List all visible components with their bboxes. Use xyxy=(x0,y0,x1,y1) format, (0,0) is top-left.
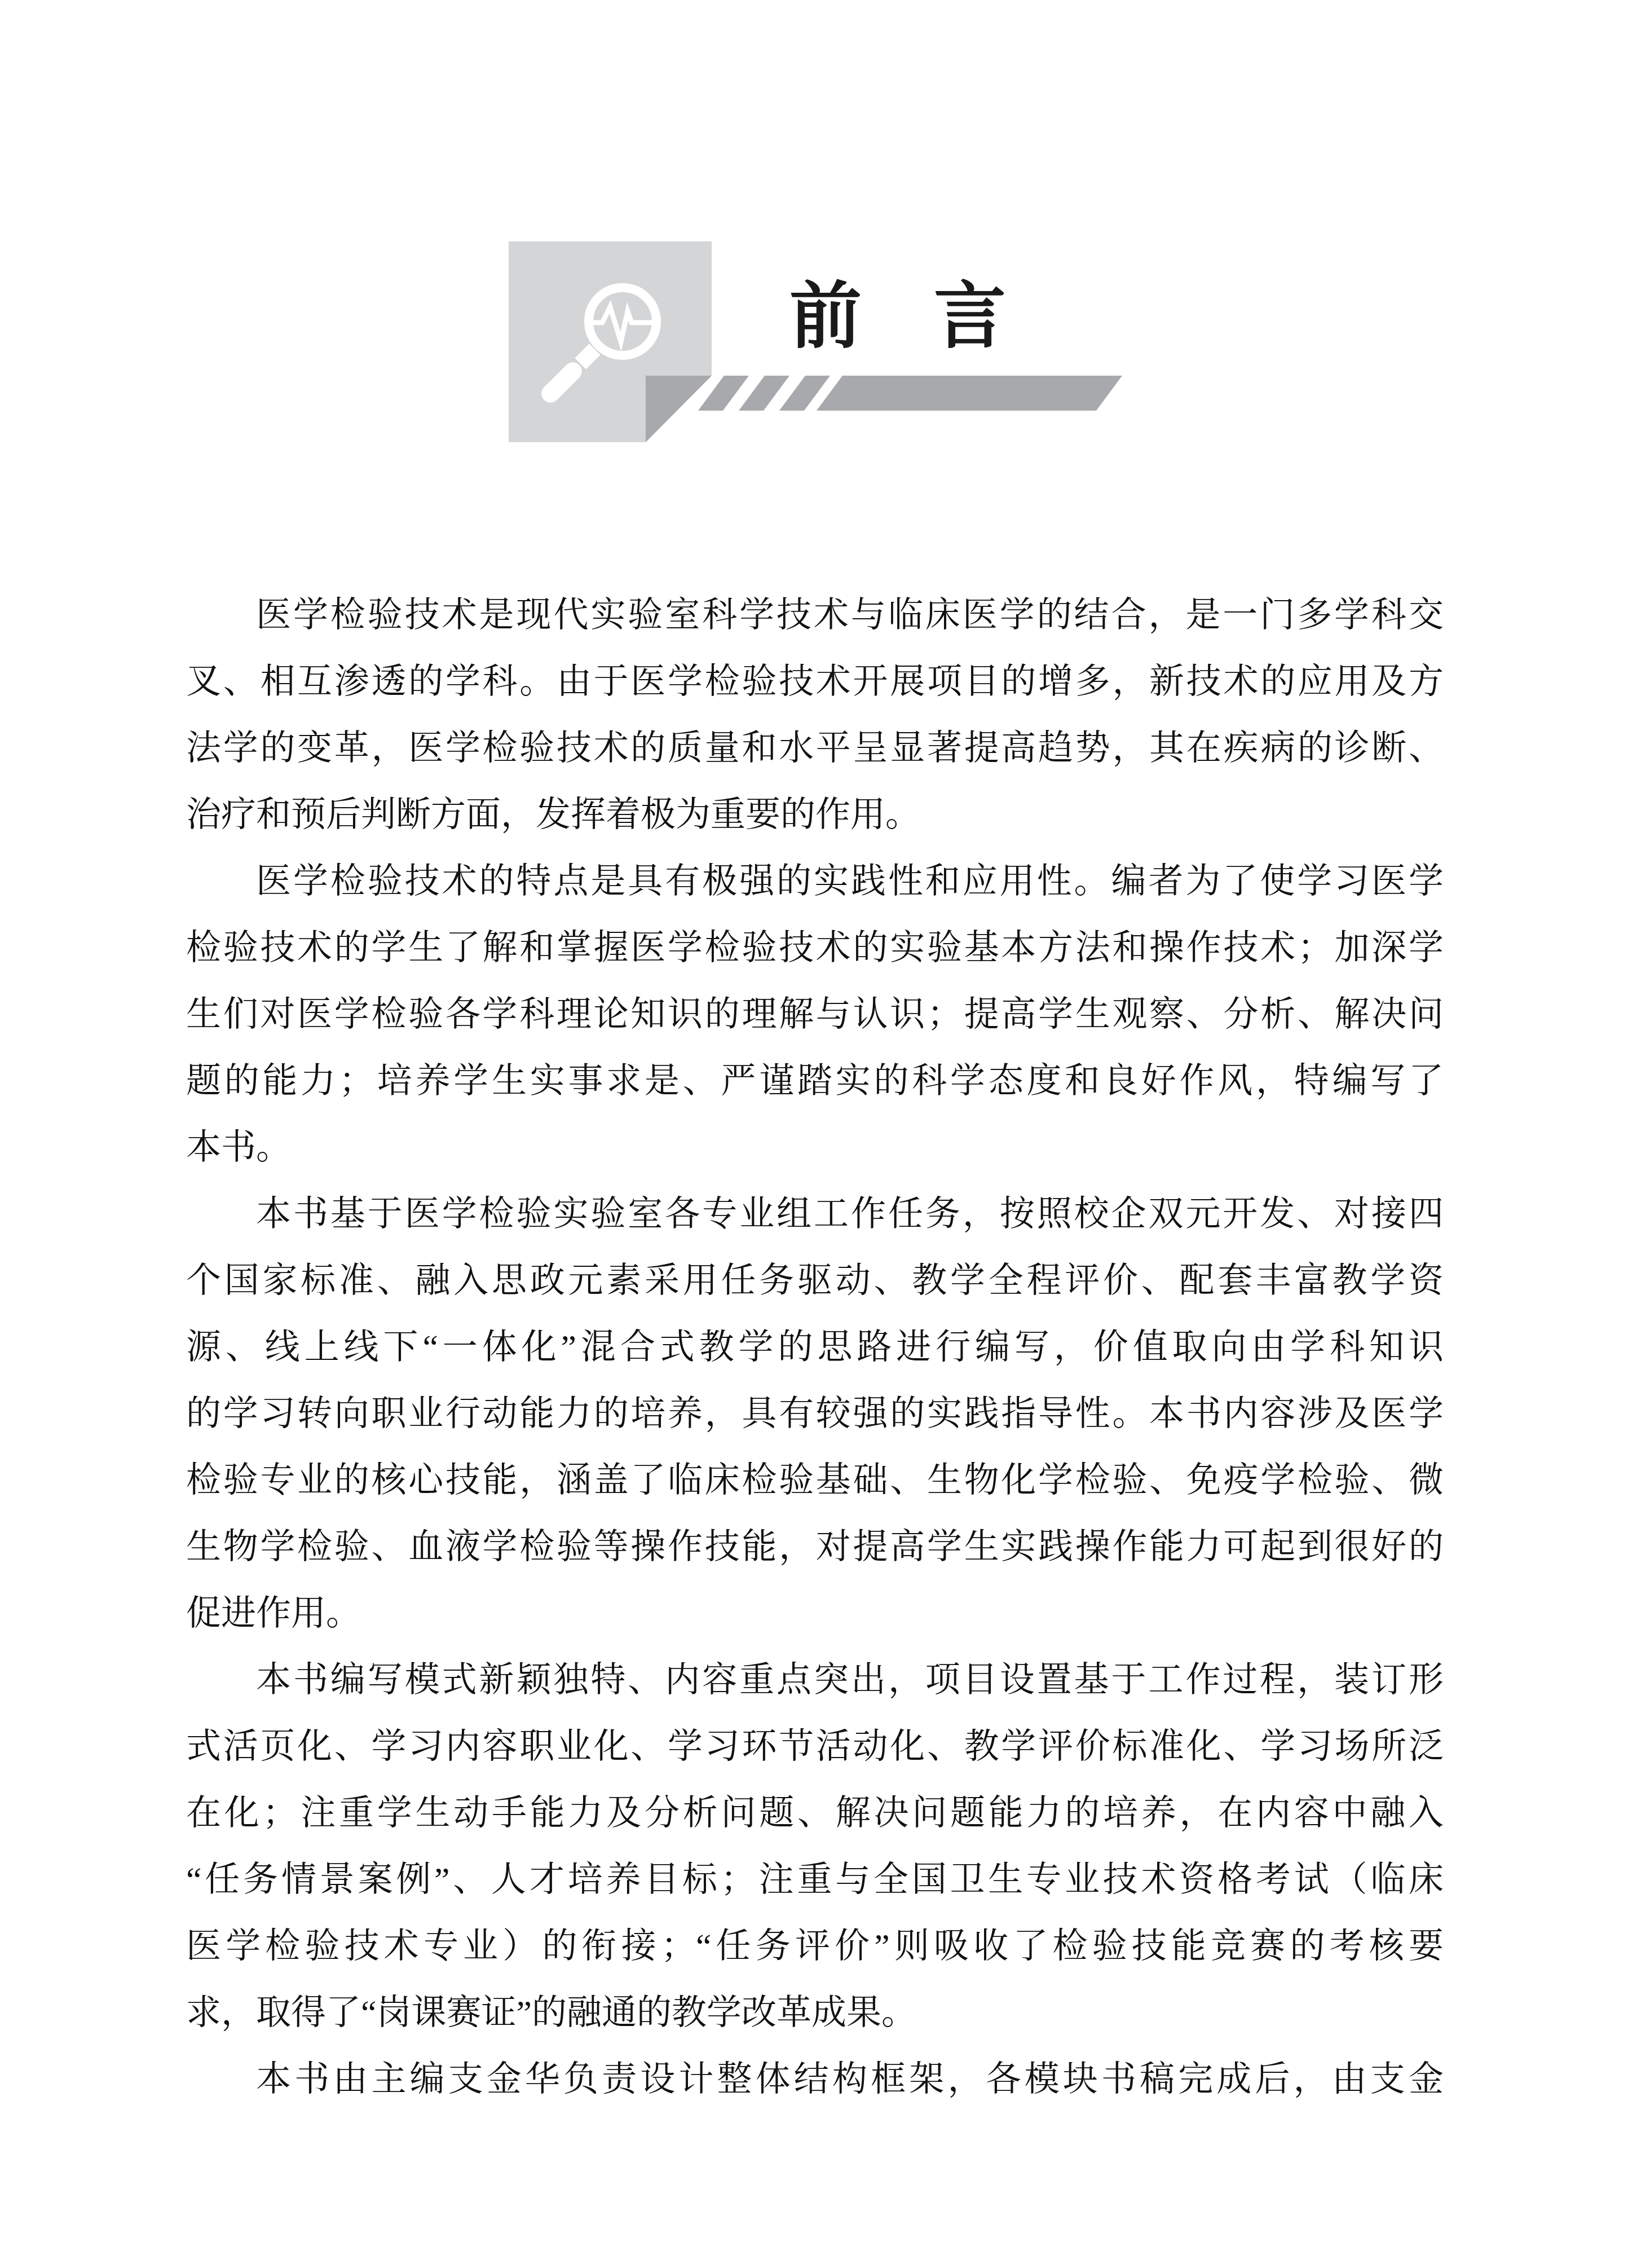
text-line: 检验技术的学生了解和掌握医学检验技术的实验基本方法和操作技术；加深学 xyxy=(186,915,1444,981)
text-line: 本书。 xyxy=(186,1115,1444,1181)
preface-paragraph: 医学检验技术是现代实验室科学技术与临床医学的结合，是一门多学科交叉、相互渗透的学… xyxy=(186,582,1444,848)
text-line: 源、线上线下“一体化”混合式教学的思路进行编写，价值取向由学科知识 xyxy=(186,1314,1444,1381)
text-line: 治疗和预后判断方面，发挥着极为重要的作用。 xyxy=(186,782,1444,848)
text-line: 生物学检验、血液学检验等操作技能，对提高学生实践操作能力可起到很好的 xyxy=(186,1514,1444,1580)
text-line: 式活页化、学习内容职业化、学习环节活动化、教学评价标准化、学习场所泛 xyxy=(186,1714,1444,1780)
text-line: 医学检验技术的特点是具有极强的实践性和应用性。编者为了使学习医学 xyxy=(186,848,1444,915)
text-line: 在化；注重学生动手能力及分析问题、解决问题能力的培养，在内容中融入 xyxy=(186,1780,1444,1847)
text-line: 法学的变革，医学检验技术的质量和水平呈显著提高趋势，其在疾病的诊断、 xyxy=(186,715,1444,782)
page-title: 前 言 xyxy=(789,281,1006,353)
text-line: 个国家标准、融入思政元素采用任务驱动、教学全程评价、配套丰富教学资 xyxy=(186,1248,1444,1314)
text-line: 本书由主编支金华负责设计整体结构框架，各模块书稿完成后，由支金 xyxy=(186,2046,1444,2113)
ribbon-bar xyxy=(817,376,1122,411)
text-line: 医学检验技术专业）的衔接；“任务评价”则吸收了检验技能竞赛的考核要 xyxy=(186,1913,1444,1980)
text-line: 求，取得了“岗课赛证”的融通的教学改革成果。 xyxy=(186,1980,1444,2046)
text-line: 的学习转向职业行动能力的培养，具有较强的实践指导性。本书内容涉及医学 xyxy=(186,1381,1444,1447)
text-line: 生们对医学检验各学科理论知识的理解与认识；提高学生观察、分析、解决问 xyxy=(186,981,1444,1048)
preface-page: 前 言 医学检验技术是现代实验室科学技术与临床医学的结合，是一门多学科交叉、相互… xyxy=(0,0,1628,2268)
preface-paragraph: 医学检验技术的特点是具有极强的实践性和应用性。编者为了使学习医学检验技术的学生了… xyxy=(186,848,1444,1181)
ribbon-stripe xyxy=(739,376,789,411)
text-line: 本书基于医学检验实验室各专业组工作任务，按照校企双元开发、对接四 xyxy=(186,1181,1444,1248)
text-line: “任务情景案例”、人才培养目标；注重与全国卫生专业技术资格考试（临床 xyxy=(186,1847,1444,1913)
text-line: 检验专业的核心技能，涵盖了临床检验基础、生物化学检验、免疫学检验、微 xyxy=(186,1447,1444,1514)
text-line: 医学检验技术是现代实验室科学技术与临床医学的结合，是一门多学科交 xyxy=(186,582,1444,649)
text-line: 本书编写模式新颖独特、内容重点突出，项目设置基于工作过程，装订形 xyxy=(186,1647,1444,1714)
text-line: 题的能力；培养学生实事求是、严谨踏实的科学态度和良好作风，特编写了 xyxy=(186,1048,1444,1115)
preface-paragraph: 本书基于医学检验实验室各专业组工作任务，按照校企双元开发、对接四个国家标准、融入… xyxy=(186,1181,1444,1647)
text-line: 促进作用。 xyxy=(186,1580,1444,1647)
preface-paragraph: 本书由主编支金华负责设计整体结构框架，各模块书稿完成后，由支金 xyxy=(186,2046,1444,2113)
text-line: 叉、相互渗透的学科。由于医学检验技术开展项目的增多，新技术的应用及方 xyxy=(186,649,1444,715)
preface-body: 医学检验技术是现代实验室科学技术与临床医学的结合，是一门多学科交叉、相互渗透的学… xyxy=(186,582,1444,2113)
preface-paragraph: 本书编写模式新颖独特、内容重点突出，项目设置基于工作过程，装订形式活页化、学习内… xyxy=(186,1647,1444,2046)
